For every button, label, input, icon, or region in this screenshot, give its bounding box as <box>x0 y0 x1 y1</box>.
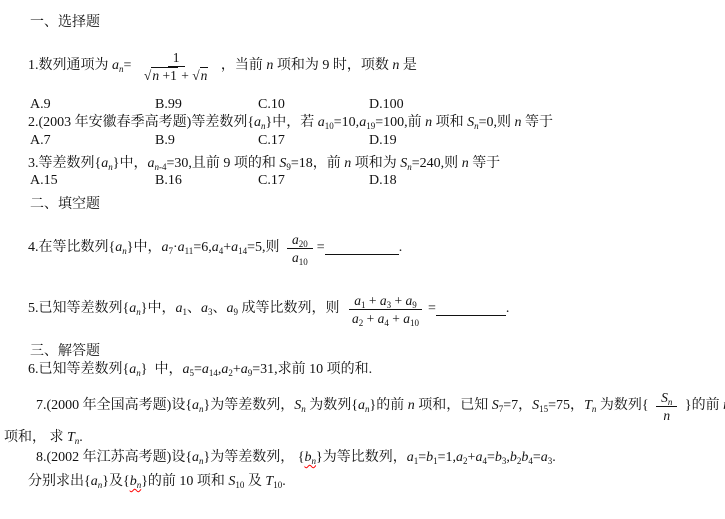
option-3c: C.17 <box>258 173 369 189</box>
option-2d: D.19 <box>369 133 510 149</box>
fraction-q1-numerator: 1 <box>168 50 185 67</box>
fraction-q1: 1 √n +1 + √n <box>139 50 213 83</box>
question-1-text-pre: 1.数列通项为 an= <box>28 57 135 75</box>
fraction-q5-denominator: a2 + a4 + a10 <box>347 310 424 326</box>
option-2a: A.7 <box>30 133 155 149</box>
option-1d: D.100 <box>369 97 510 113</box>
option-1b: B.99 <box>155 97 258 113</box>
option-2c: C.17 <box>258 133 369 149</box>
question-2: 2.(2003 年安徽春季高考题)等差数列{an}中，若 a10=10,a19=… <box>28 114 553 132</box>
question-4-period: . <box>399 239 403 257</box>
question-8: 8.(2002 年江苏高考题)设{an}为等差数列， {bn}为等比数列，a1=… <box>36 449 556 467</box>
option-1c: C.10 <box>258 97 369 113</box>
option-1a: A.9 <box>30 97 155 113</box>
section-heading-solve: 三、解答题 <box>30 343 100 361</box>
question-7: 7.(2000 年全国高考题)设{an}为等差数列，Sn 为数列{an}的前 n… <box>36 385 725 427</box>
question-5-period: . <box>506 300 510 318</box>
fraction-q4-numerator: a20 <box>287 232 313 249</box>
question-1: 1.数列通项为 an= 1 √n +1 + √n ，当前 n 项和为 9 时，项… <box>28 42 417 90</box>
fraction-q5-numerator: a1 + a3 + a9 <box>349 293 422 310</box>
options-row-1: A.9 B.99 C.10 D.100 <box>30 97 510 113</box>
question-7-continuation: 项和， 求 Tn. <box>4 429 83 447</box>
fraction-q4-denominator: a10 <box>287 249 313 265</box>
fraction-q4: a20 a10 <box>287 232 313 265</box>
fraction-q7-denominator: n <box>658 407 675 423</box>
question-1-text-post: ，当前 n 项和为 9 时，项数 n 是 <box>217 57 417 75</box>
question-5-text-pre: 5.已知等差数列{an}中，a1、a3、a9 成等比数列，则 <box>28 300 343 318</box>
question-4-equals: = <box>317 239 325 257</box>
question-7-text-pre: 7.(2000 年全国高考题)设{an}为等差数列，Sn 为数列{an}的前 n… <box>36 397 652 415</box>
document-page: 一、选择题 1.数列通项为 an= 1 √n +1 + √n ，当前 n 项和为… <box>0 0 725 519</box>
fraction-q1-denominator: √n +1 + √n <box>139 67 213 83</box>
fraction-q7: Sn n <box>656 390 677 423</box>
option-3a: A.15 <box>30 173 155 189</box>
options-row-3: A.15 B.16 C.17 D.18 <box>30 173 510 189</box>
question-4-text-pre: 4.在等比数列{an}中，a7·a11=6,a4+a14=5,则 <box>28 239 283 257</box>
question-5-equals: = <box>428 300 436 318</box>
question-5: 5.已知等差数列{an}中，a1、a3、a9 成等比数列，则 a1 + a3 +… <box>28 286 509 332</box>
option-3d: D.18 <box>369 173 510 189</box>
option-2b: B.9 <box>155 133 258 149</box>
question-4: 4.在等比数列{an}中，a7·a11=6,a4+a14=5,则 a20 a10… <box>28 226 402 270</box>
answer-blank-q5 <box>436 302 506 316</box>
fraction-q7-numerator: Sn <box>656 390 677 407</box>
question-3: 3.等差数列{an}中，an-4=30,且前 9 项的和 S9=18，前 n 项… <box>28 155 500 173</box>
section-heading-choice: 一、选择题 <box>30 14 100 32</box>
option-3b: B.16 <box>155 173 258 189</box>
section-heading-fill: 二、填空题 <box>30 196 100 214</box>
question-8-continuation: 分别求出{an}及{bn}的前 10 项和 S10 及 T10. <box>28 473 286 491</box>
answer-blank-q4 <box>325 241 399 255</box>
fraction-q5: a1 + a3 + a9 a2 + a4 + a10 <box>347 293 424 326</box>
options-row-2: A.7 B.9 C.17 D.19 <box>30 133 510 149</box>
question-7-text-post: }的前 n <box>681 397 725 415</box>
question-6: 6.已知等差数列{an} 中，a5=a14,a2+a9=31,求前 10 项的和… <box>28 361 372 379</box>
